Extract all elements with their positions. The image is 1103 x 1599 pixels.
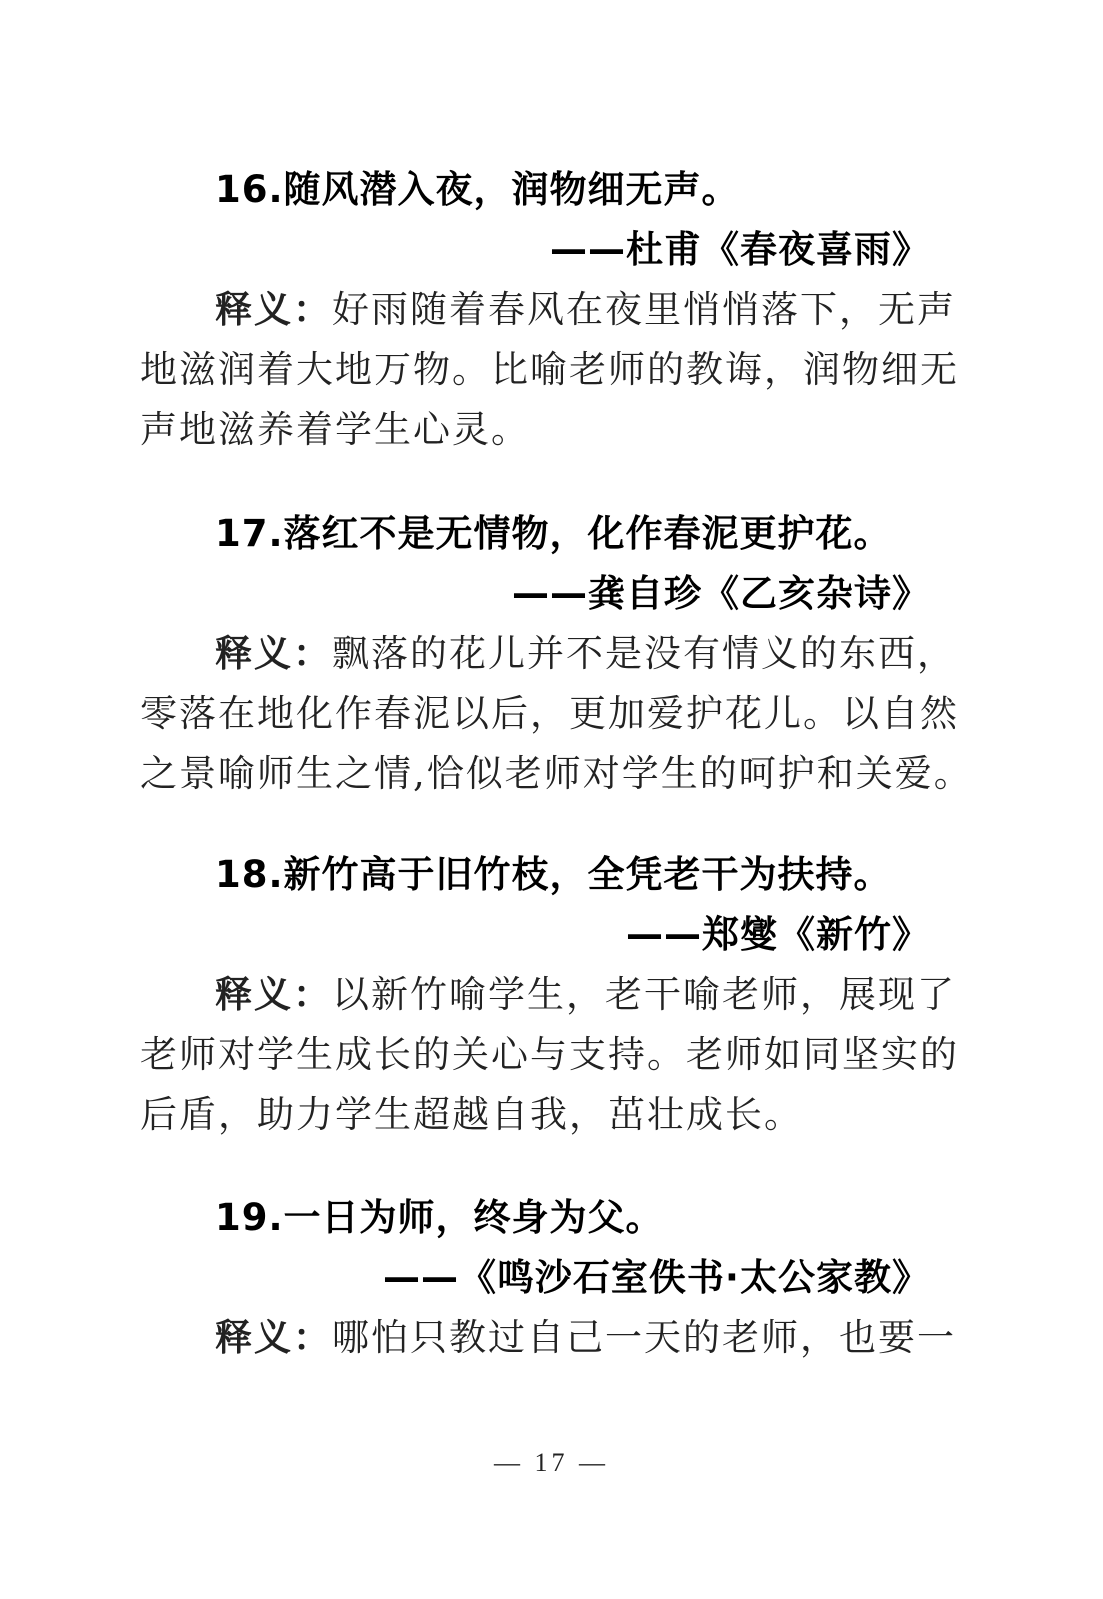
entry-17-attribution: ——龚自珍《乙亥杂诗》 [512, 572, 930, 616]
entry-quote: 随风潜入夜，润物细无声。 [284, 168, 740, 211]
definition-text: 以新竹喻学生，老干喻老师，展现了 [332, 973, 956, 1016]
entry-16-attribution: ——杜甫《春夜喜雨》 [550, 228, 930, 272]
entry-number: 19. [215, 1196, 284, 1239]
entry-17-title: 17.落红不是无情物，化作春泥更护花。 [215, 512, 892, 556]
entry-16-definition-line-2: 地滋润着大地万物。比喻老师的教诲，润物细无 [140, 348, 959, 392]
definition-label: 释义： [215, 288, 332, 331]
entry-18-definition-line-2: 老师对学生成长的关心与支持。老师如同坚实的 [140, 1033, 959, 1077]
entry-quote: 一日为师，终身为父。 [284, 1196, 664, 1239]
entry-19-attribution: ——《鸣沙石室佚书·太公家教》 [383, 1256, 930, 1300]
entry-18-attribution: ——郑燮《新竹》 [626, 913, 930, 957]
definition-label: 释义： [215, 1316, 332, 1359]
entry-18-definition-line-3: 后盾，助力学生超越自我，茁壮成长。 [140, 1093, 803, 1137]
entry-19-title: 19.一日为师，终身为父。 [215, 1196, 664, 1240]
definition-label: 释义： [215, 632, 332, 675]
page-number: — 17 — [0, 1448, 1103, 1478]
entry-17-definition-line-3: 之景喻师生之情,恰似老师对学生的呵护和关爱。 [140, 752, 973, 796]
entry-quote: 新竹高于旧竹枝，全凭老干为扶持。 [284, 853, 892, 896]
entry-18-definition-line-1: 释义：以新竹喻学生，老干喻老师，展现了 [215, 973, 956, 1017]
document-page: 16.随风潜入夜，润物细无声。 ——杜甫《春夜喜雨》 释义：好雨随着春风在夜里悄… [0, 0, 1103, 1599]
definition-label: 释义： [215, 973, 332, 1016]
entry-19-definition-line-1: 释义：哪怕只教过自己一天的老师，也要一 [215, 1316, 956, 1360]
entry-16-title: 16.随风潜入夜，润物细无声。 [215, 168, 740, 212]
entry-16-definition-line-1: 释义：好雨随着春风在夜里悄悄落下，无声 [215, 288, 956, 332]
entry-17-definition-line-1: 释义：飘落的花儿并不是没有情义的东西， [215, 632, 956, 676]
definition-text: 哪怕只教过自己一天的老师，也要一 [332, 1316, 956, 1359]
entry-quote: 落红不是无情物，化作春泥更护花。 [284, 512, 892, 555]
definition-text: 飘落的花儿并不是没有情义的东西， [332, 632, 956, 675]
entry-17-definition-line-2: 零落在地化作春泥以后，更加爱护花儿。以自然 [140, 692, 959, 736]
entry-16-definition-line-3: 声地滋养着学生心灵。 [140, 408, 530, 452]
entry-number: 16. [215, 168, 284, 211]
definition-text: 好雨随着春风在夜里悄悄落下，无声 [332, 288, 956, 331]
entry-number: 17. [215, 512, 284, 555]
entry-number: 18. [215, 853, 284, 896]
entry-18-title: 18.新竹高于旧竹枝，全凭老干为扶持。 [215, 853, 892, 897]
